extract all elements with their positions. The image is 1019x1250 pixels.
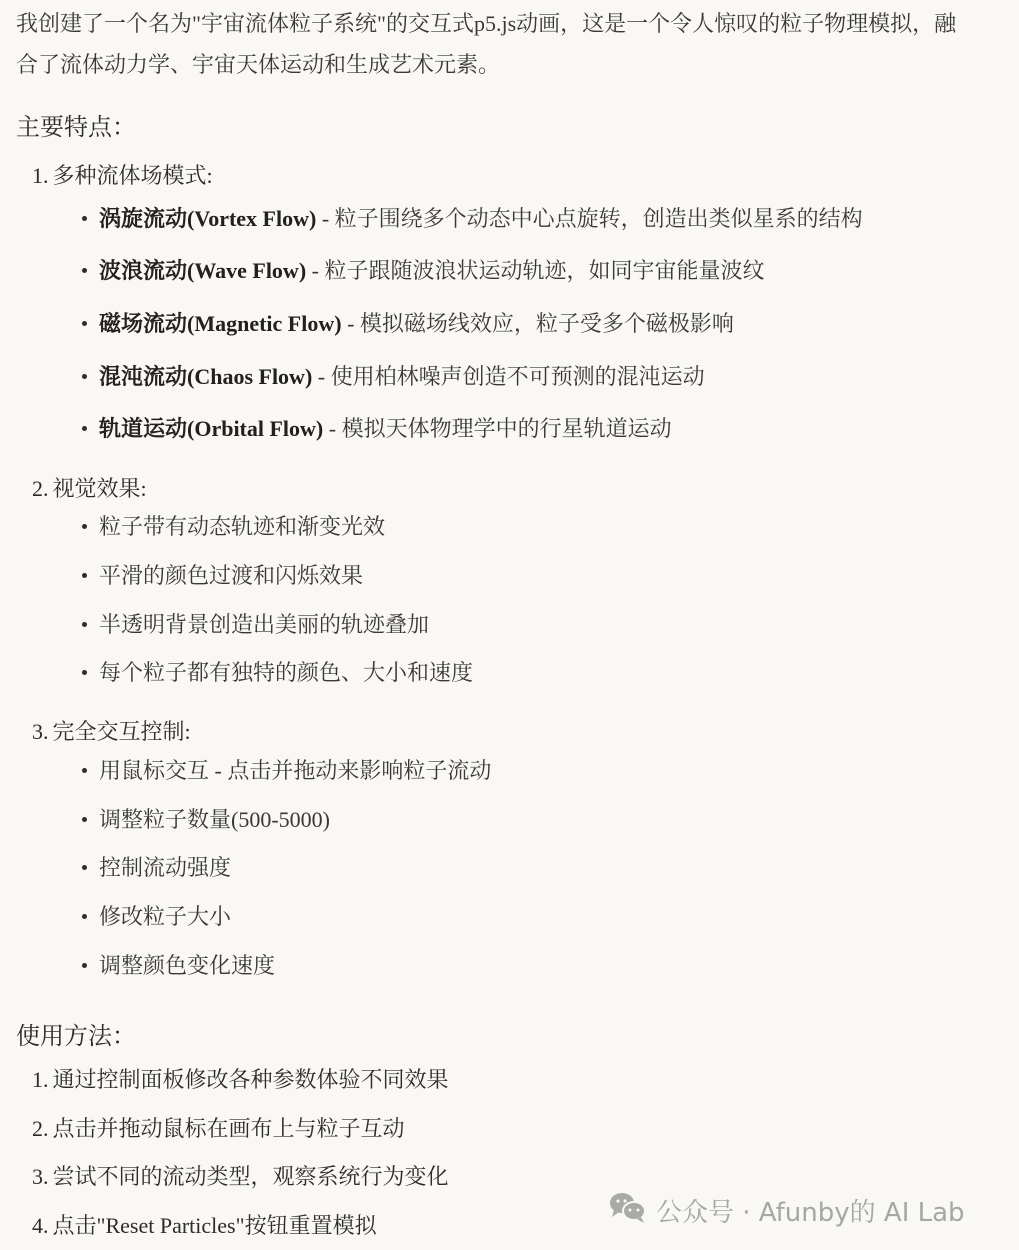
document-body: 我创建了一个名为"宇宙流体粒子系统"的交互式p5.js动画，这是一个令人惊叹的粒… [16, 0, 1006, 85]
feature-group-visual-effects: 2.视觉效果: [32, 473, 147, 505]
item-bold: 混沌流动(Chaos Flow) [99, 364, 312, 389]
list-item: 波浪流动(Wave Flow) - 粒子跟随波浪状运动轨迹，如同宇宙能量波纹 [82, 255, 764, 287]
item-bold: 轨道运动(Orbital Flow) [99, 416, 323, 441]
feature-group-flow-modes: 1.多种流体场模式: [32, 160, 213, 192]
step-text: 点击"Reset Particles"按钮重置模拟 [53, 1213, 377, 1238]
list-item: 轨道运动(Orbital Flow) - 模拟天体物理学中的行星轨道运动 [82, 413, 672, 445]
item-text: - 模拟磁场线效应，粒子受多个磁极影响 [342, 311, 734, 336]
group-title: 视觉效果: [53, 476, 147, 501]
item-bold: 波浪流动(Wave Flow) [99, 258, 306, 283]
list-number: 1. [32, 163, 49, 188]
bullet-icon [82, 573, 87, 578]
bullet-icon [82, 865, 87, 870]
bullet-icon [82, 963, 87, 968]
item-text: - 使用柏林噪声创造不可预测的混沌运动 [312, 364, 704, 389]
list-item: 平滑的颜色过渡和闪烁效果 [82, 560, 363, 592]
list-item: 混沌流动(Chaos Flow) - 使用柏林噪声创造不可预测的混沌运动 [82, 361, 705, 393]
list-item: 调整粒子数量(500-5000) [82, 804, 330, 836]
item-text: 每个粒子都有独特的颜色、大小和速度 [99, 660, 473, 685]
item-text: 修改粒子大小 [99, 904, 231, 929]
item-text: 调整粒子数量(500-5000) [99, 807, 330, 832]
item-text: - 模拟天体物理学中的行星轨道运动 [323, 416, 671, 441]
bullet-icon [82, 374, 87, 379]
bullet-icon [82, 426, 87, 431]
item-text: 用鼠标交互 - 点击并拖动来影响粒子流动 [99, 758, 491, 783]
list-item: 调整颜色变化速度 [82, 950, 275, 982]
watermark-text: 公众号 · Afunby的 AI Lab [656, 1192, 965, 1229]
bullet-icon [82, 524, 87, 529]
bullet-icon [82, 216, 87, 221]
step-text: 通过控制面板修改各种参数体验不同效果 [53, 1067, 449, 1092]
group-title: 完全交互控制: [53, 719, 191, 744]
bullet-icon [82, 768, 87, 773]
group-title: 多种流体场模式: [53, 163, 213, 188]
feature-group-interactive-controls: 3.完全交互控制: [32, 716, 191, 748]
list-item: 磁场流动(Magnetic Flow) - 模拟磁场线效应，粒子受多个磁极影响 [82, 308, 734, 340]
usage-heading: 使用方法： [16, 1020, 136, 1054]
list-item: 控制流动强度 [82, 852, 231, 884]
item-bold: 磁场流动(Magnetic Flow) [99, 311, 342, 336]
list-number: 2. [32, 1116, 49, 1141]
intro-paragraph: 我创建了一个名为"宇宙流体粒子系统"的交互式p5.js动画，这是一个令人惊叹的粒… [16, 0, 966, 85]
bullet-icon [82, 670, 87, 675]
item-text: 调整颜色变化速度 [99, 953, 275, 978]
usage-step: 1.通过控制面板修改各种参数体验不同效果 [32, 1064, 449, 1096]
list-item: 粒子带有动态轨迹和渐变光效 [82, 511, 385, 543]
list-number: 1. [32, 1067, 49, 1092]
list-item: 半透明背景创造出美丽的轨迹叠加 [82, 609, 429, 641]
item-text: 半透明背景创造出美丽的轨迹叠加 [99, 612, 429, 637]
features-heading: 主要特点： [16, 111, 136, 145]
item-text: 平滑的颜色过渡和闪烁效果 [99, 563, 363, 588]
list-item: 用鼠标交互 - 点击并拖动来影响粒子流动 [82, 755, 491, 787]
item-text: - 粒子围绕多个动态中心点旋转，创造出类似星系的结构 [316, 206, 862, 231]
list-item: 每个粒子都有独特的颜色、大小和速度 [82, 657, 473, 689]
list-number: 2. [32, 476, 49, 501]
usage-step: 4.点击"Reset Particles"按钮重置模拟 [32, 1210, 377, 1242]
wechat-icon [608, 1190, 656, 1231]
watermark: 公众号 · Afunby的 AI Lab [608, 1192, 965, 1228]
item-text: 粒子带有动态轨迹和渐变光效 [99, 514, 385, 539]
item-text: 控制流动强度 [99, 855, 231, 880]
bullet-icon [82, 817, 87, 822]
list-number: 4. [32, 1213, 49, 1238]
item-text: - 粒子跟随波浪状运动轨迹，如同宇宙能量波纹 [306, 258, 764, 283]
bullet-icon [82, 268, 87, 273]
bullet-icon [82, 622, 87, 627]
bullet-icon [82, 914, 87, 919]
usage-step: 2.点击并拖动鼠标在画布上与粒子互动 [32, 1113, 405, 1145]
list-number: 3. [32, 719, 49, 744]
step-text: 点击并拖动鼠标在画布上与粒子互动 [53, 1116, 405, 1141]
item-bold: 涡旋流动(Vortex Flow) [99, 206, 316, 231]
step-text: 尝试不同的流动类型，观察系统行为变化 [53, 1164, 449, 1189]
usage-step: 3.尝试不同的流动类型，观察系统行为变化 [32, 1161, 449, 1193]
list-item: 修改粒子大小 [82, 901, 231, 933]
bullet-icon [82, 321, 87, 326]
list-item: 涡旋流动(Vortex Flow) - 粒子围绕多个动态中心点旋转，创造出类似星… [82, 203, 863, 235]
list-number: 3. [32, 1164, 49, 1189]
